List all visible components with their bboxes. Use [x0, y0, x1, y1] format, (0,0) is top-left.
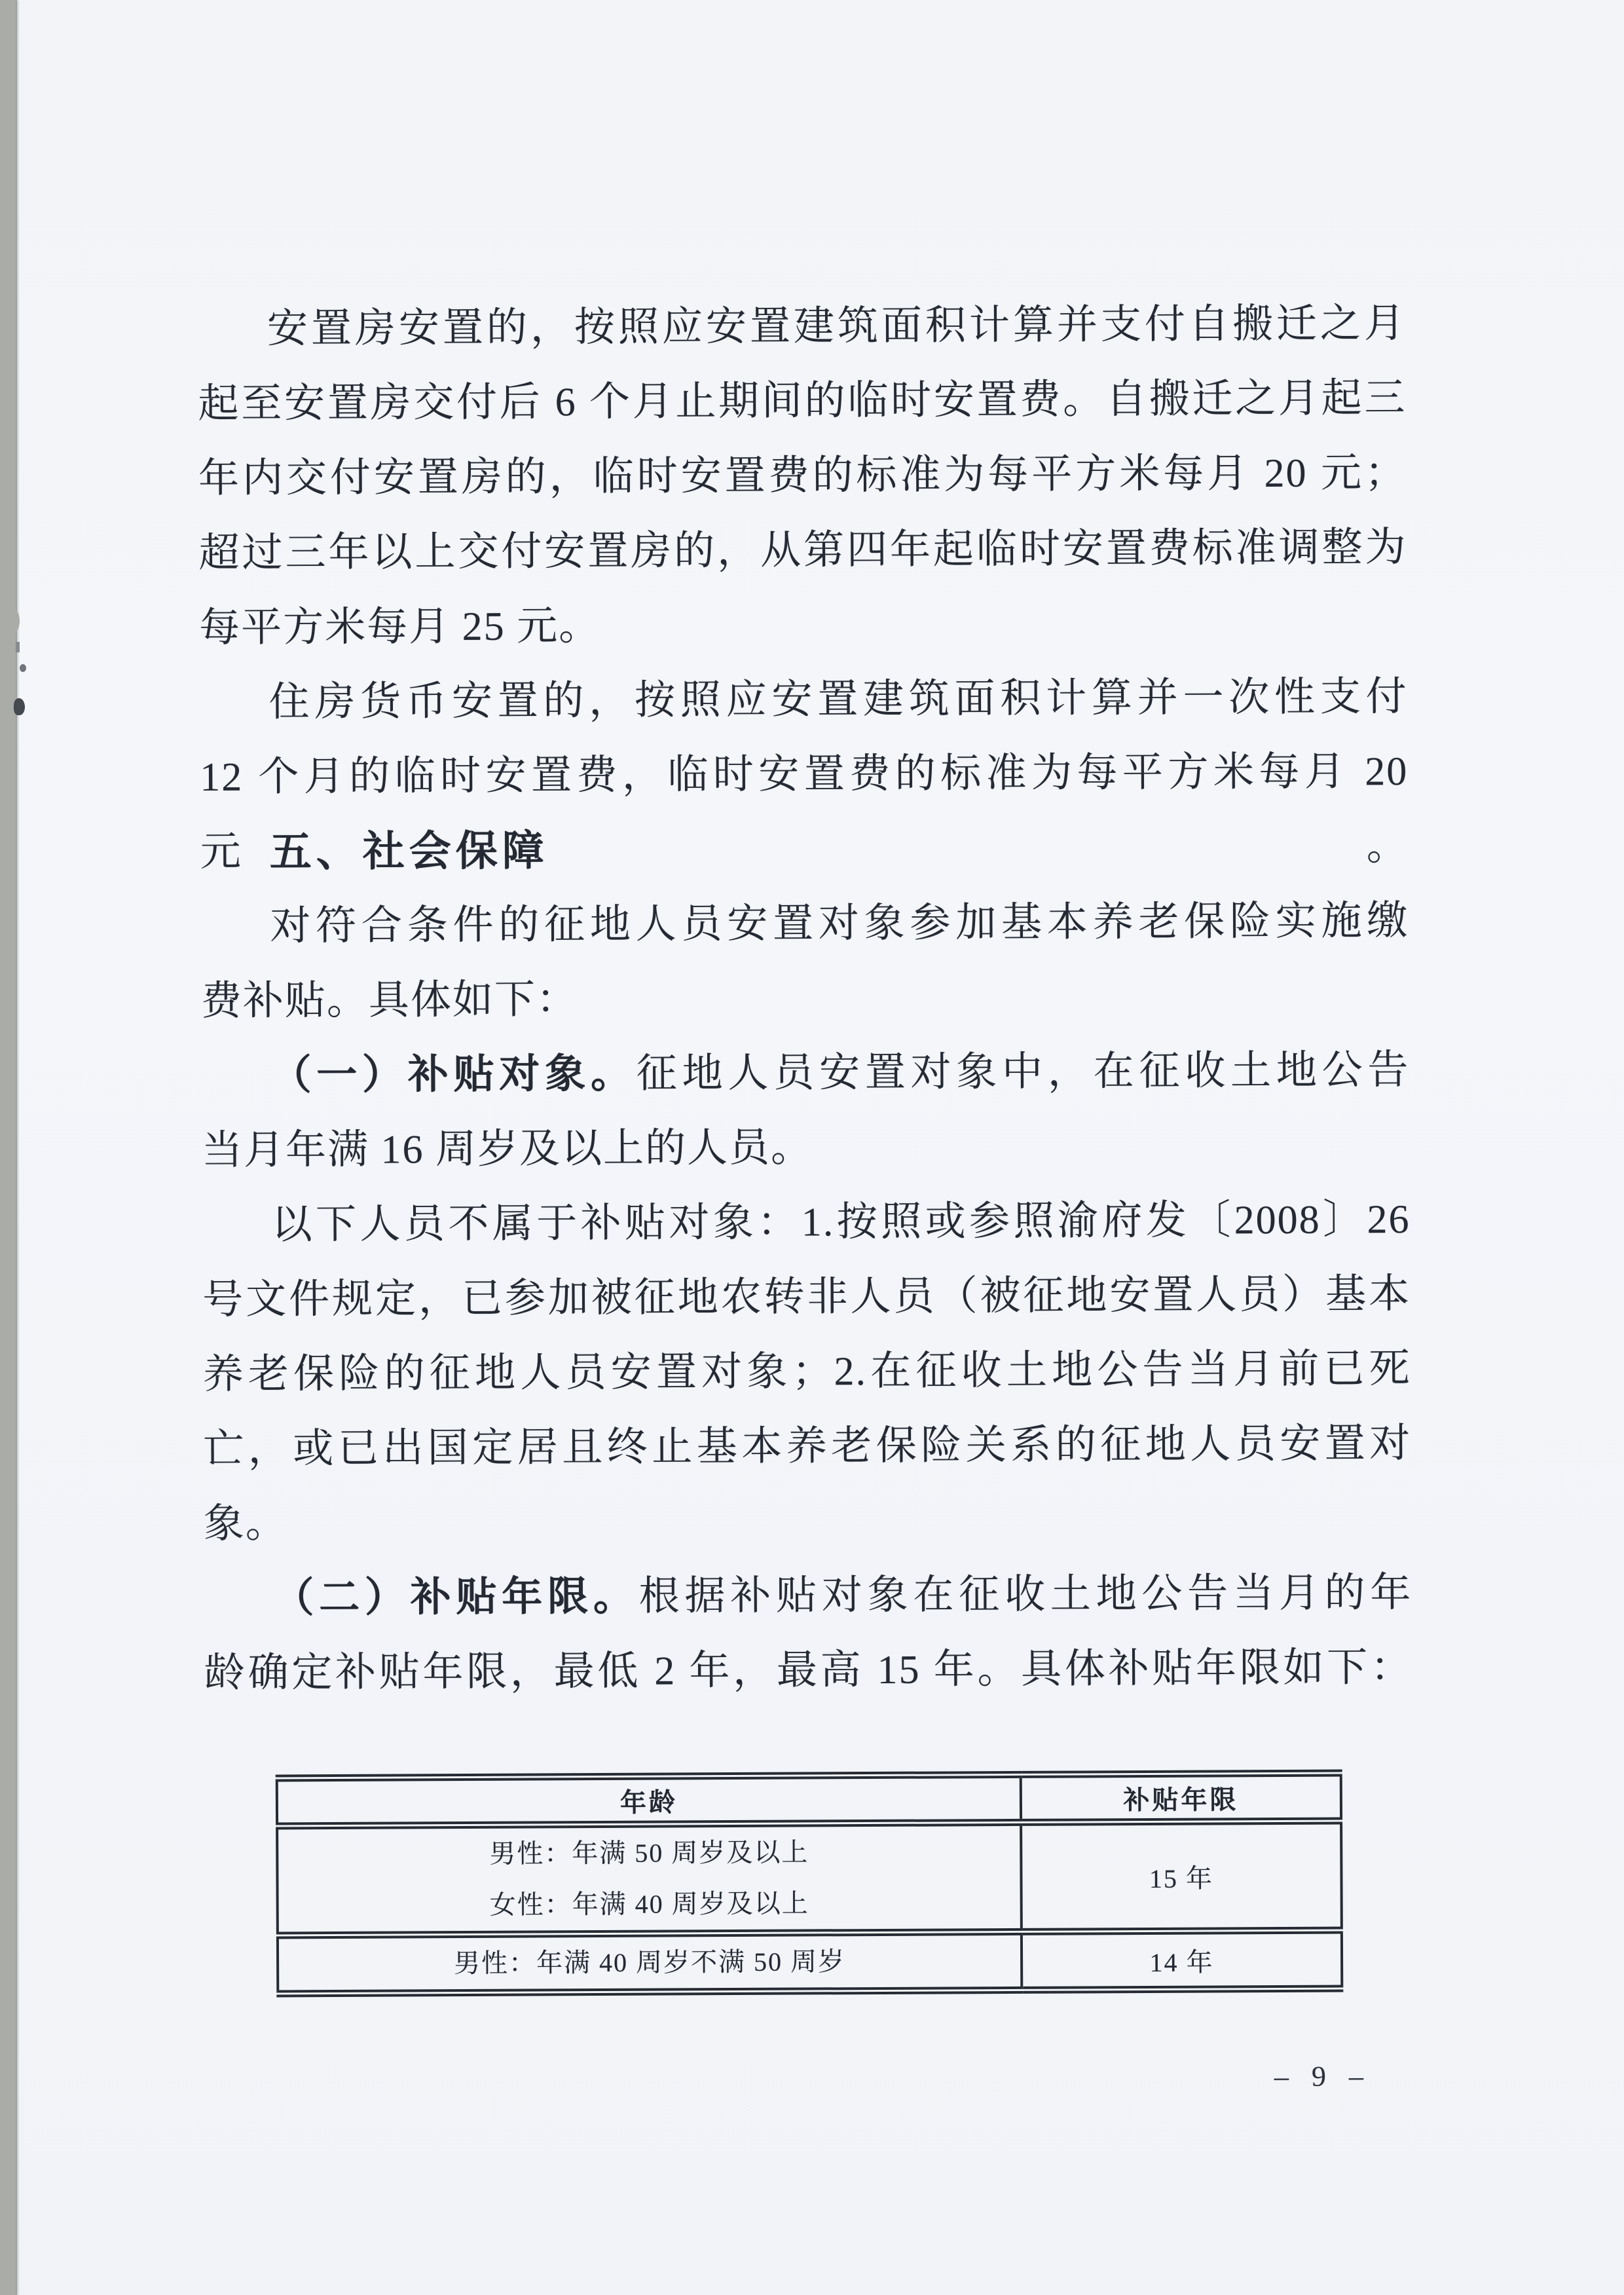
document-line: 号文件规定，已参加被征地农转非人员（被征地安置人员）基本: [202, 1257, 1411, 1337]
document-line: 象。: [204, 1481, 1412, 1561]
subsidy-table: 年龄 补贴年限 男性：年满 50 周岁及以上 女性：年满 40 周岁及以上 15…: [276, 1770, 1344, 1998]
table-header-row: 年龄 补贴年限: [277, 1773, 1341, 1826]
age-cell: 男性：年满 50 周岁及以上 女性：年满 40 周岁及以上: [277, 1822, 1022, 1935]
document-line: （一）补贴对象。征地人员安置对象中，在征收土地公告: [201, 1033, 1410, 1113]
document-line: 亡，或已出国定居且终止基本养老保险关系的征地人员安置对: [203, 1406, 1412, 1487]
document-line: （二）补贴年限。根据补贴对象在征收土地公告当月的年: [204, 1556, 1412, 1636]
scan-artifact: [16, 642, 20, 652]
document-line: 龄确定补贴年限，最低 2 年，最高 15 年。具体补贴年限如下：: [204, 1630, 1413, 1711]
scan-artifact: [20, 664, 26, 672]
age-line: 男性：年满 40 周岁不满 50 周岁: [279, 1935, 1020, 1990]
subitem-label: （一）补贴对象。: [270, 1052, 637, 1098]
document-line: 当月年满 16 周岁及以上的人员。: [202, 1108, 1411, 1188]
table-header-age: 年龄: [277, 1774, 1021, 1826]
age-line: 男性：年满 50 周岁及以上: [278, 1826, 1020, 1881]
scanned-page: 安置房安置的，按照应安置建筑面积计算并支付自搬迁之月 起至安置房交付后 6 个月…: [0, 0, 1624, 2295]
document-line: 费补贴。具体如下：: [201, 958, 1410, 1039]
document-line: 住房货币安置的，按照应安置建筑面积计算并一次性支付: [199, 660, 1408, 740]
document-content: 安置房安置的，按照应安置建筑面积计算并支付自搬迁之月 起至安置房交付后 6 个月…: [198, 286, 1414, 1998]
document-line: 养老保险的征地人员安置对象；2.在征收土地公告当月前已死: [202, 1332, 1411, 1412]
subitem-label: （二）补贴年限。: [273, 1575, 639, 1621]
document-line: 每平方米每月 25 元。: [199, 585, 1408, 665]
document-line: 12 个月的临时安置费，临时安置费的标准为每平方米每月 20 元。: [200, 734, 1409, 815]
table-header-years: 补贴年限: [1021, 1773, 1341, 1822]
age-line: 女性：年满 40 周岁及以上: [278, 1877, 1020, 1932]
age-cell: 男性：年满 40 周岁不满 50 周岁: [278, 1931, 1022, 1994]
document-line: 对符合条件的征地人员安置对象参加基本养老保险实施缴: [200, 884, 1409, 964]
document-line: 安置房安置的，按照应安置建筑面积计算并支付自搬迁之月: [198, 286, 1407, 367]
document-line: 起至安置房交付后 6 个月止期间的临时安置费。自搬迁之月起三: [198, 361, 1407, 441]
paper-edge: [16, 0, 18, 2295]
document-line-text: 征地人员安置对象中，在征收土地公告: [637, 1048, 1410, 1096]
table-row: 男性：年满 40 周岁不满 50 周岁 14 年: [278, 1930, 1342, 1994]
document-line: 以下人员不属于补贴对象：1.按照或参照渝府发〔2008〕26: [202, 1182, 1411, 1263]
document-line: 超过三年以上交付安置房的，从第四年起临时安置费标准调整为: [198, 510, 1407, 591]
table-row: 男性：年满 50 周岁及以上 女性：年满 40 周岁及以上 15 年: [277, 1821, 1342, 1935]
page-number: – 9 –: [1231, 2039, 1415, 2114]
document-line-text: 根据补贴对象在征收土地公告当月的年: [639, 1571, 1412, 1619]
scan-artifact: [14, 698, 25, 715]
years-cell: 15 年: [1021, 1821, 1342, 1931]
years-cell: 14 年: [1022, 1930, 1342, 1990]
document-line: 年内交付安置房的，临时安置费的标准为每平方米每月 20 元；: [198, 436, 1407, 516]
